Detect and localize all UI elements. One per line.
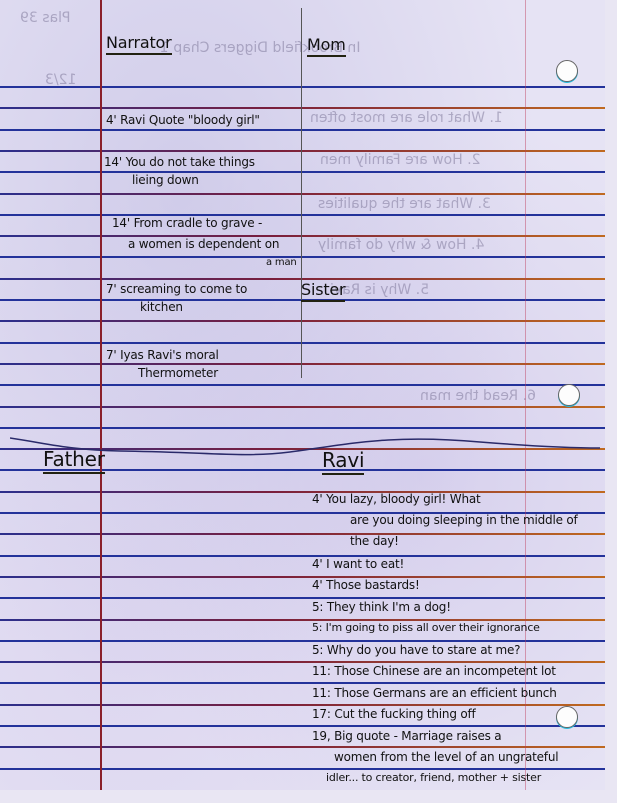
ruled-line (0, 363, 605, 365)
ravi-quote: 5: I'm going to piss all over their igno… (312, 621, 540, 635)
ruled-line (0, 746, 605, 748)
narrator-note: 14' From cradle to grave - (112, 216, 262, 230)
ravi-quote: 5: Why do you have to stare at me? (312, 643, 520, 657)
ravi-quote: the day! (350, 534, 399, 548)
ruled-line (0, 214, 605, 216)
narrator-note: Thermometer (138, 366, 218, 380)
narrator-note: a women is dependent on (128, 237, 279, 251)
ruled-line (0, 193, 605, 195)
binder-hole (558, 384, 580, 406)
left-margin-line (100, 0, 102, 790)
section-divider-line (10, 430, 600, 460)
narrator-note: 4' Ravi Quote "bloody girl" (106, 113, 260, 127)
ghost-line: 6. Read the man (420, 388, 536, 404)
ghost-line: 4. How & why do family (318, 237, 484, 253)
margin-note-date: 12/3 (45, 72, 76, 88)
narrator-note: 14' You do not take things (104, 155, 255, 169)
ravi-quote: women from the level of an ungrateful (334, 750, 558, 764)
narrator-note: 7' screaming to come to (106, 282, 247, 296)
binder-hole (556, 706, 578, 728)
narrator-note: a man (266, 256, 297, 270)
ruled-line (0, 725, 605, 727)
ravi-quote: 11: Those Germans are an efficient bunch (312, 686, 557, 700)
ravi-quote: 17: Cut the fucking thing off (312, 707, 476, 721)
ravi-quote: 4' I want to eat! (312, 557, 404, 571)
ruled-line (0, 384, 605, 386)
narrator-note: lieing down (132, 173, 199, 187)
ruled-line (0, 597, 605, 599)
ruled-line (0, 107, 605, 109)
ruled-line (0, 768, 605, 770)
ravi-quote: 4' You lazy, bloody girl! What (312, 492, 481, 506)
ruled-line (0, 256, 605, 258)
ruled-line (0, 661, 605, 663)
binder-hole (556, 60, 578, 82)
heading-narrator: Narrator (106, 36, 172, 50)
ruled-line (0, 427, 605, 429)
margin-note-top: Plas 39 (20, 10, 70, 26)
ravi-quote: 5: They think I'm a dog! (312, 600, 451, 614)
narrator-note: 7' Iyas Ravi's moral (106, 348, 219, 362)
ghost-line: 1. What role are most often (310, 110, 503, 126)
ruled-line (0, 235, 605, 237)
narrator-note: kitchen (140, 300, 183, 314)
ruled-line (0, 320, 605, 322)
ruled-line (0, 555, 605, 557)
ravi-quote: are you doing sleeping in the middle of (350, 513, 578, 527)
heading-mom: Mom (307, 38, 346, 52)
ruled-line (0, 406, 605, 408)
ruled-line (0, 150, 605, 152)
ravi-quote: idler... to creator, friend, mother + si… (326, 771, 541, 785)
ruled-line (0, 533, 605, 535)
ruled-line (0, 704, 605, 706)
ghost-line: 3. What are the qualities (318, 196, 491, 212)
ghost-line: 2. How are Family men (320, 152, 481, 168)
ravi-quote: 11: Those Chinese are an incompetent lot (312, 664, 556, 678)
ravi-quote: 4' Those bastards! (312, 578, 420, 592)
ruled-line (0, 682, 605, 684)
ruled-line (0, 576, 605, 578)
ruled-line (0, 86, 605, 88)
ruled-line (0, 640, 605, 642)
notebook-page: Plas 39 12/3 In Brookfield Diggers Chap … (0, 0, 605, 790)
ravi-quote: 19, Big quote - Marriage raises a (312, 729, 501, 743)
ruled-line (0, 129, 605, 131)
ruled-line (0, 171, 605, 173)
column-divider (301, 8, 302, 378)
ruled-line (0, 342, 605, 344)
heading-sister: Sister (301, 283, 345, 297)
ruled-line (0, 491, 605, 493)
